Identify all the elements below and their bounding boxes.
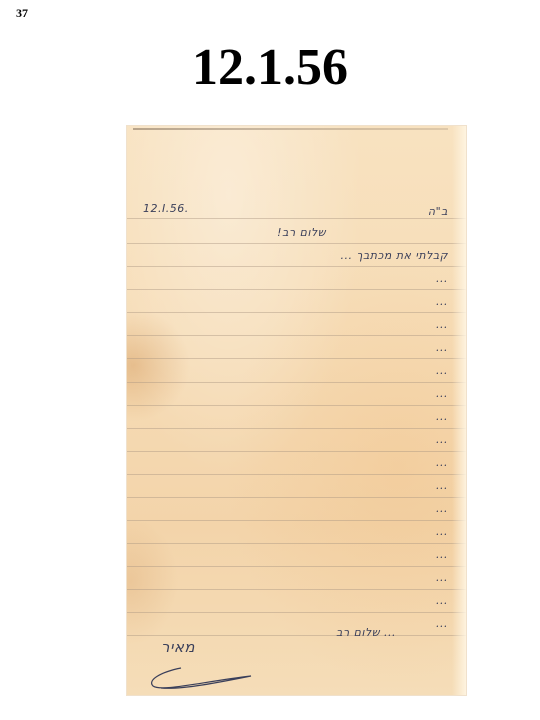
signature-flourish-icon bbox=[141, 636, 261, 696]
ruled-line bbox=[127, 497, 466, 498]
letter-line: ... bbox=[436, 456, 448, 469]
letter-salutation: שלום רב! bbox=[277, 226, 326, 239]
letter-line: ... bbox=[436, 525, 448, 538]
letter-date: 12.I.56. bbox=[143, 202, 189, 215]
letter-line: קבלתי את מכתבך ... bbox=[341, 249, 448, 262]
letter-line: ... bbox=[436, 387, 448, 400]
letter-header-right: ב"ה bbox=[428, 205, 448, 218]
handwritten-letter-scan: 12.I.56. ב"ה שלום רב! קבלתי את מכתבך ...… bbox=[127, 126, 466, 695]
ruled-line bbox=[127, 612, 466, 613]
letter-line: ... bbox=[436, 548, 448, 561]
ruled-line bbox=[127, 451, 466, 452]
ruled-line bbox=[127, 566, 466, 567]
letter-line: ... bbox=[436, 594, 448, 607]
page-number: 37 bbox=[16, 6, 28, 21]
ruled-line bbox=[127, 312, 466, 313]
ruled-line bbox=[127, 589, 466, 590]
letter-line: ... bbox=[436, 364, 448, 377]
page-title: 12.1.56 bbox=[0, 38, 540, 97]
letter-line: ... bbox=[436, 295, 448, 308]
ruled-line bbox=[127, 266, 466, 267]
letter-line: ... bbox=[436, 479, 448, 492]
letter-line: ... bbox=[436, 410, 448, 423]
ruled-line bbox=[127, 218, 466, 219]
letter-line: ... bbox=[436, 502, 448, 515]
ruled-line bbox=[127, 358, 466, 359]
ruled-line bbox=[127, 543, 466, 544]
ruled-line bbox=[127, 243, 466, 244]
letter-line: ... bbox=[436, 433, 448, 446]
ruled-line bbox=[127, 428, 466, 429]
letter-line: ... bbox=[436, 318, 448, 331]
letter-line: ... bbox=[436, 617, 448, 630]
letter-line: ... bbox=[436, 341, 448, 354]
signature: מאיר bbox=[141, 636, 261, 696]
ruled-line bbox=[127, 289, 466, 290]
ruled-line bbox=[127, 520, 466, 521]
ruled-line bbox=[127, 405, 466, 406]
letter-closing: ... שלום רב bbox=[336, 626, 396, 639]
letter-line: ... bbox=[436, 272, 448, 285]
ruled-line bbox=[127, 382, 466, 383]
ruled-line bbox=[127, 335, 466, 336]
letter-line: ... bbox=[436, 571, 448, 584]
ruled-line bbox=[127, 474, 466, 475]
